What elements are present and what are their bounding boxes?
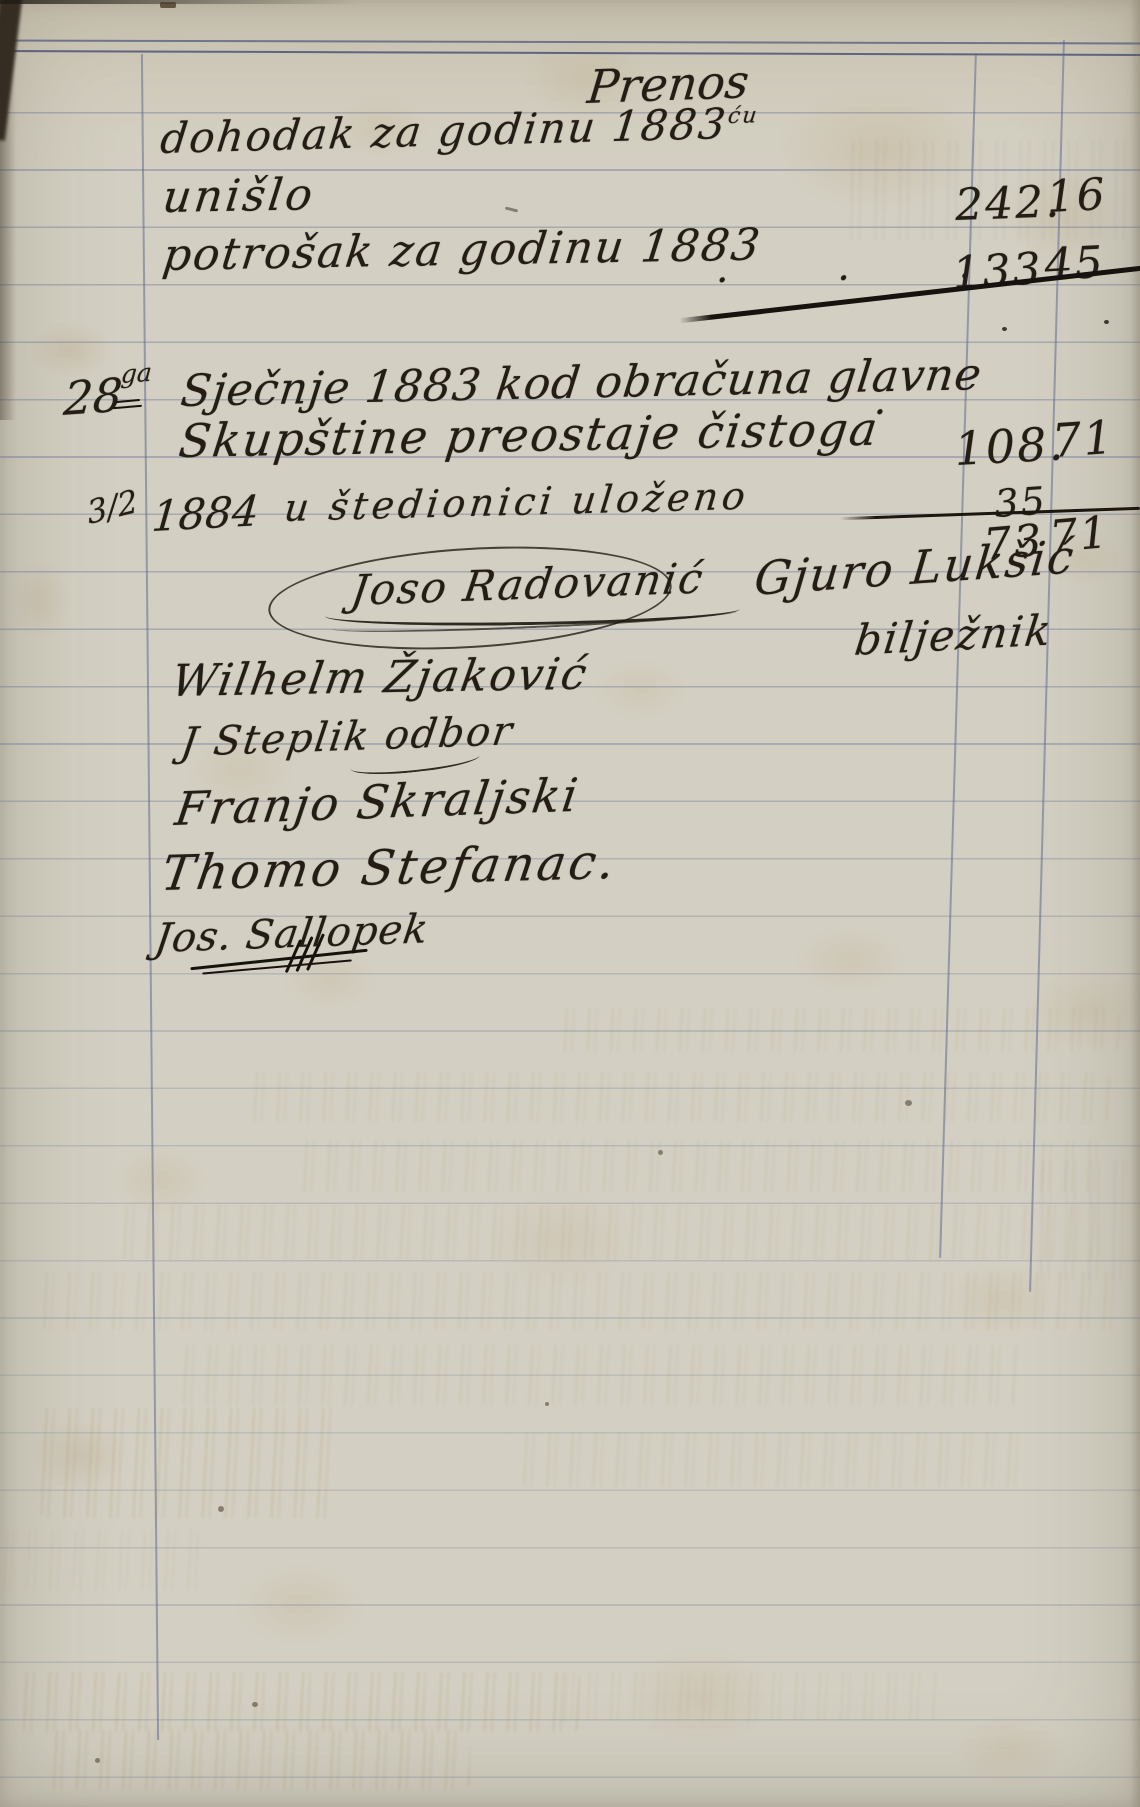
page-left-edge-shadow	[0, 0, 16, 420]
ink-speck	[160, 2, 176, 8]
amount-unislo-frac: 16	[1045, 169, 1108, 223]
amount-skupstine-main: 108.	[953, 416, 1066, 476]
entry-sjecnje-day-superscript: ga	[120, 358, 153, 389]
ink-dot	[1104, 320, 1109, 324]
entry-dohodak-superscript: ću	[727, 103, 760, 129]
page-top-edge	[0, 0, 360, 4]
entry-sjecnje-day: 28	[62, 368, 124, 426]
signature-committee-1: Wilhelm Žjaković	[168, 649, 592, 707]
ink-speck	[95, 1758, 100, 1763]
ink-speck	[545, 1402, 549, 1406]
ink-speck	[905, 1100, 912, 1106]
entry-potrosak-text: potrošak za godinu 1883	[160, 219, 764, 281]
ink-speck	[658, 1150, 663, 1155]
top-double-rule-1	[0, 40, 1140, 45]
ink-dot	[1002, 327, 1007, 331]
amount-potrosak-frac: 45	[1043, 237, 1106, 291]
ink-speck	[252, 1702, 258, 1707]
ink-speck	[218, 1506, 224, 1512]
amount-skupstine-frac: 71	[1050, 410, 1116, 468]
ledger-page-scan: Prenos dohodak za godinu 1883ću unišlo 2…	[0, 0, 1140, 1807]
entry-stedionica-year: 1884	[150, 486, 261, 541]
entry-unislo-text: unišlo	[160, 169, 318, 223]
